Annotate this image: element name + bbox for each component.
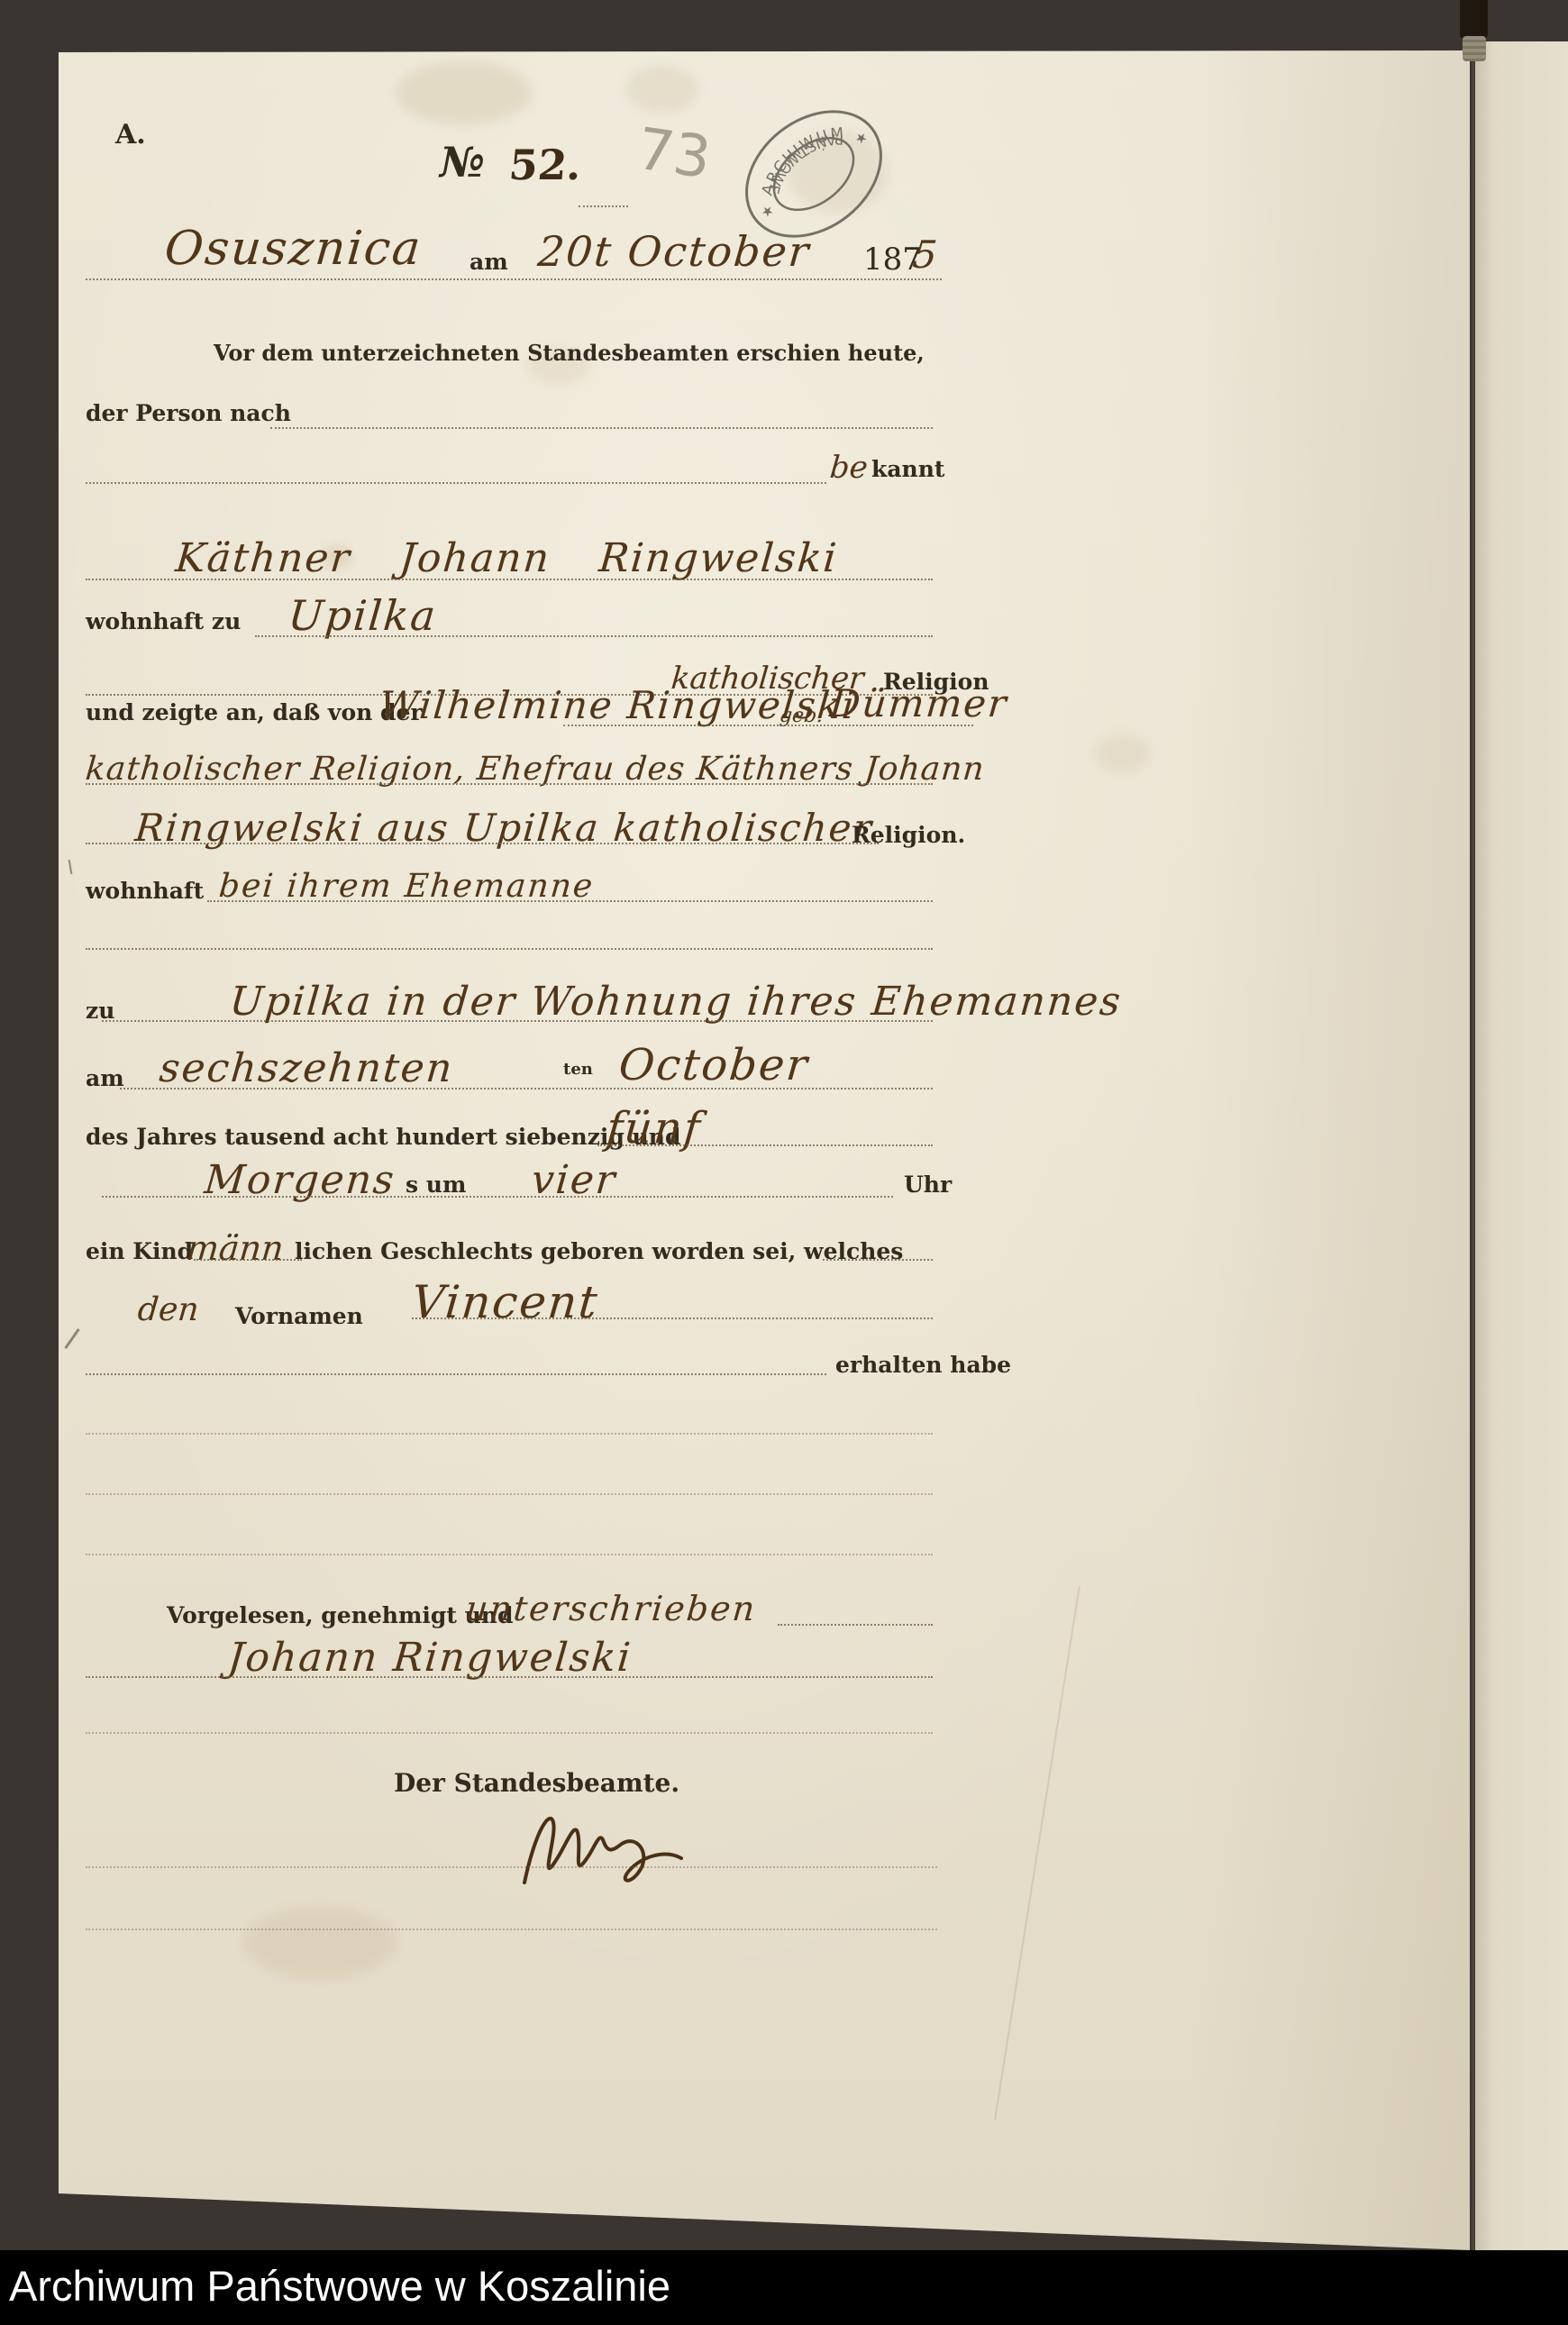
intro-line: Vor dem unterzeichneten Standesbeamten e… bbox=[214, 342, 925, 364]
erhalten-label: erhalten habe bbox=[835, 1354, 1011, 1377]
binding-thread bbox=[1460, 0, 1488, 40]
form-rule bbox=[563, 723, 973, 726]
paper-crease bbox=[994, 1586, 1080, 2120]
place-entry: Osusznica bbox=[163, 225, 424, 272]
record-no-value: 52. bbox=[507, 144, 583, 186]
registrar-title: Der Standesbeamte. bbox=[394, 1770, 679, 1796]
form-rule bbox=[194, 1257, 302, 1261]
form-rule bbox=[86, 480, 826, 484]
record-no-sign: № bbox=[440, 141, 485, 184]
page-binding-gap bbox=[1472, 45, 1474, 2250]
form-rule bbox=[86, 1552, 933, 1555]
form-rule bbox=[86, 1674, 933, 1678]
person-nach-label: der Person nach bbox=[86, 402, 291, 425]
residence-entry: Upilka bbox=[287, 595, 439, 636]
year-entry: 5 bbox=[911, 236, 938, 274]
archive-footer-bar: Archiwum Państwowe w Koszalinie bbox=[0, 2250, 1568, 2325]
form-rule bbox=[120, 1086, 933, 1090]
paper-stain bbox=[1095, 735, 1149, 771]
pencil-mark bbox=[64, 1328, 79, 1349]
den-entry: den bbox=[136, 1294, 200, 1327]
form-rule bbox=[86, 1491, 933, 1495]
form-rule bbox=[597, 1143, 933, 1146]
form-rule bbox=[102, 1018, 933, 1022]
form-rule bbox=[823, 1257, 933, 1261]
stamp-star-icon: ★ bbox=[852, 128, 871, 148]
form-rule bbox=[86, 781, 933, 785]
am-label: am bbox=[469, 251, 508, 274]
form-rule bbox=[86, 841, 879, 844]
uhr-label: Uhr bbox=[904, 1173, 952, 1197]
archive-footer-label: Archiwum Państwowe w Koszalinie bbox=[9, 2261, 670, 2311]
form-rule bbox=[102, 1194, 893, 1198]
am2-label: am bbox=[86, 1067, 124, 1090]
birth-day-entry: sechszehnten bbox=[158, 1049, 455, 1089]
paper-stain bbox=[397, 61, 532, 124]
adjacent-page-edge bbox=[1475, 41, 1568, 2250]
maiden-name-entry: Dümmer bbox=[828, 685, 1009, 723]
date-entry: 20t October bbox=[536, 231, 812, 272]
birth-month-entry: October bbox=[617, 1044, 811, 1087]
declarant-signature: Johann Ringwelski bbox=[226, 1638, 634, 1678]
form-rule bbox=[207, 898, 933, 902]
bekannt-entry: be bbox=[829, 452, 870, 483]
paper-stain bbox=[626, 67, 698, 112]
form-rule bbox=[778, 1622, 933, 1626]
paper-stain bbox=[243, 1907, 397, 1979]
ten-label: ten bbox=[563, 1062, 593, 1079]
form-rule bbox=[579, 204, 628, 207]
form-rule bbox=[86, 1730, 933, 1734]
registrar-signature bbox=[514, 1797, 694, 1910]
birthplace-entry: Upilka in der Wohnung ihres Ehemannes bbox=[228, 982, 1124, 1022]
zeigte-label: und zeigte an, daß von der bbox=[86, 701, 423, 725]
stamp-star-icon: ★ bbox=[758, 201, 778, 221]
section-letter: A. bbox=[115, 121, 146, 150]
unterschrieben-entry: unterschrieben bbox=[464, 1591, 758, 1626]
document-page: A. № 52. 73 ARCHIWUM PAŃSTWOWE ★ ★ Osusz… bbox=[59, 50, 1470, 2250]
pencil-mark bbox=[68, 860, 73, 874]
wohnhaft-label: wohnhaft bbox=[86, 880, 204, 903]
form-rule bbox=[86, 577, 933, 580]
form-rule bbox=[86, 946, 933, 950]
declarant-entry: Käthner Johann Ringwelski bbox=[174, 539, 840, 579]
form-rule bbox=[270, 425, 933, 429]
form-rule bbox=[86, 1865, 937, 1868]
form-rule bbox=[86, 277, 942, 280]
form-rule bbox=[255, 634, 933, 637]
vornamen-label: Vornamen bbox=[235, 1305, 363, 1328]
form-rule bbox=[86, 1927, 937, 1930]
form-rule bbox=[86, 1372, 826, 1375]
gender-rest-label: lichen Geschlechts geboren worden sei, w… bbox=[295, 1240, 903, 1263]
vorgelesen-label: Vorgelesen, genehmigt und bbox=[167, 1604, 513, 1627]
year-words-label: des Jahres tausend acht hundert siebenzi… bbox=[86, 1126, 680, 1149]
form-rule bbox=[86, 1431, 933, 1435]
bekannt-label: kannt bbox=[871, 458, 944, 481]
form-rule bbox=[412, 1316, 933, 1319]
ein-kind-label: ein Kind bbox=[86, 1240, 193, 1263]
wohnhaft-zu-label: wohnhaft zu bbox=[86, 610, 241, 634]
binding-thread-wrap bbox=[1463, 36, 1486, 61]
